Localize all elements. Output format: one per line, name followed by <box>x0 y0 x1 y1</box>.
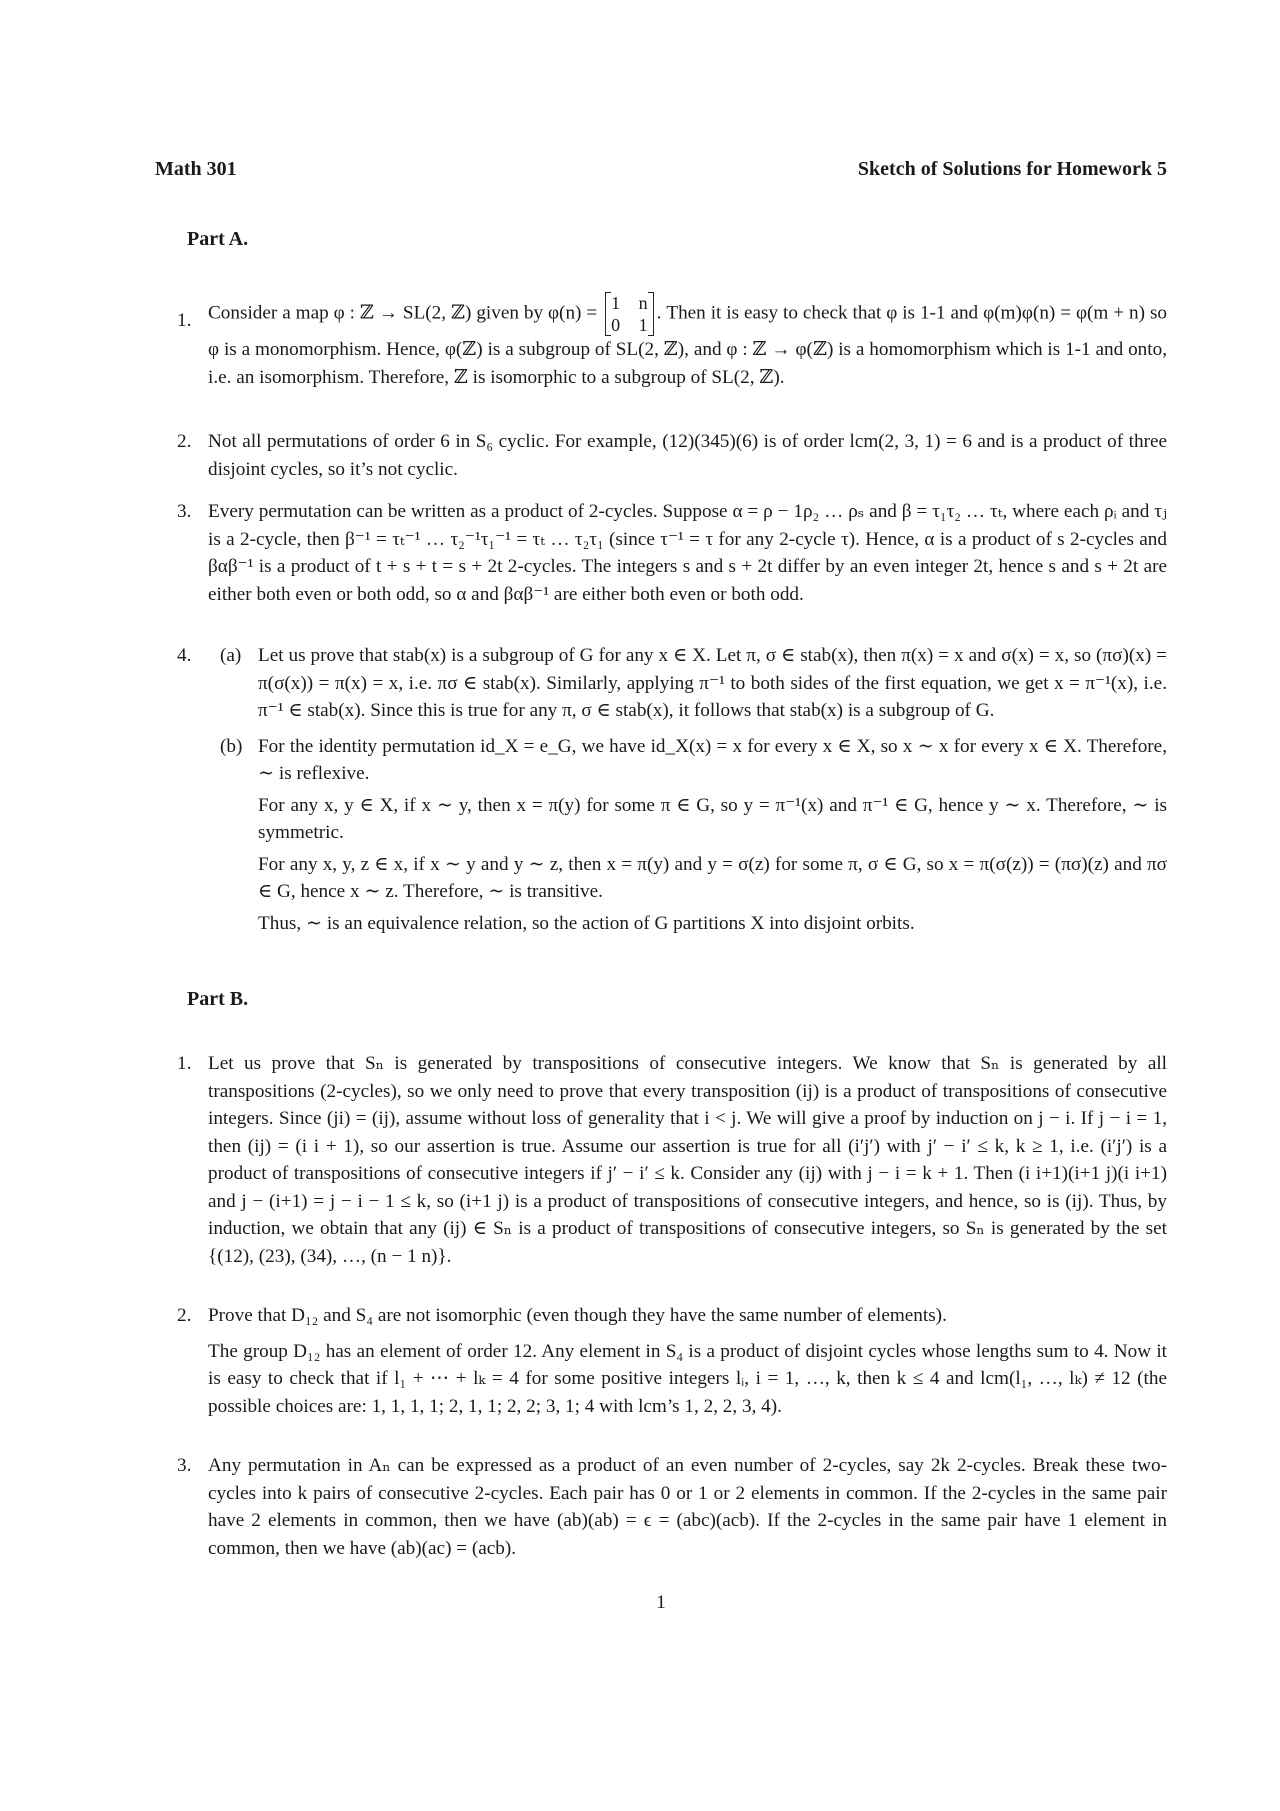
course-label: Math 301 <box>155 158 237 181</box>
paragraph-conclusion: Thus, ∼ is an equivalence relation, so t… <box>258 910 1167 938</box>
matrix-row-2: 0 1 <box>611 314 648 336</box>
part-a-item-3: 3. Every permutation can be written as a… <box>155 498 1167 608</box>
subpart-b: (b) For the identity permutation id_X = … <box>258 733 1167 938</box>
part-a-item-1: 1. Consider a map φ : ℤ → SL(2, ℤ) given… <box>155 292 1167 391</box>
subpart-label: (a) <box>220 642 241 670</box>
document-title: Sketch of Solutions for Homework 5 <box>858 158 1167 181</box>
item-number: 2. <box>177 1302 205 1330</box>
part-b-item-3: 3. Any permutation in Aₙ can be expresse… <box>155 1452 1167 1562</box>
paragraph-reflexive: For the identity permutation id_X = e_G,… <box>258 733 1167 788</box>
item-number: 1. <box>177 1050 205 1078</box>
paragraph-symmetric: For any x, y ∈ X, if x ∼ y, then x = π(y… <box>258 792 1167 847</box>
subpart-a: (a) Let us prove that stab(x) is a subgr… <box>258 642 1167 725</box>
item-number: 3. <box>177 1452 205 1480</box>
item-number: 1. <box>177 307 205 335</box>
paragraph-transitive: For any x, y, z ∈ x, if x ∼ y and y ∼ z,… <box>258 851 1167 906</box>
item-text: Not all permutations of order 6 in S₆ cy… <box>208 428 1167 483</box>
part-a-item-2: 2. Not all permutations of order 6 in S₆… <box>155 428 1167 483</box>
item-number: 2. <box>177 428 205 456</box>
item-text: Every permutation can be written as a pr… <box>208 498 1167 608</box>
subpart-label: (b) <box>220 733 242 761</box>
item-number: 3. <box>177 498 205 526</box>
part-b-item-1: 1. Let us prove that Sₙ is generated by … <box>155 1050 1167 1270</box>
matrix-row-1: 1 n <box>611 292 648 314</box>
item-text: Consider a map φ : ℤ → SL(2, ℤ) given by… <box>208 302 597 323</box>
matrix: 1 n 0 1 <box>605 292 654 336</box>
subpart-text: Let us prove that stab(x) is a subgroup … <box>258 642 1167 725</box>
page-header: Math 301 Sketch of Solutions for Homewor… <box>155 158 1167 181</box>
item-text: Let us prove that Sₙ is generated by tra… <box>208 1050 1167 1270</box>
part-b-item-2: 2. Prove that D₁₂ and S₄ are not isomorp… <box>155 1302 1167 1420</box>
part-b-heading: Part B. <box>187 988 248 1011</box>
part-a-heading: Part A. <box>187 228 248 251</box>
page-number: 1 <box>155 1592 1167 1614</box>
item-number: 4. <box>177 642 205 670</box>
item-text: The group D₁₂ has an element of order 12… <box>208 1338 1167 1421</box>
part-a-item-4: 4. (a) Let us prove that stab(x) is a su… <box>155 642 1167 937</box>
problem-statement: Prove that D₁₂ and S₄ are not isomorphic… <box>208 1302 1167 1330</box>
item-text: Any permutation in Aₙ can be expressed a… <box>208 1452 1167 1562</box>
